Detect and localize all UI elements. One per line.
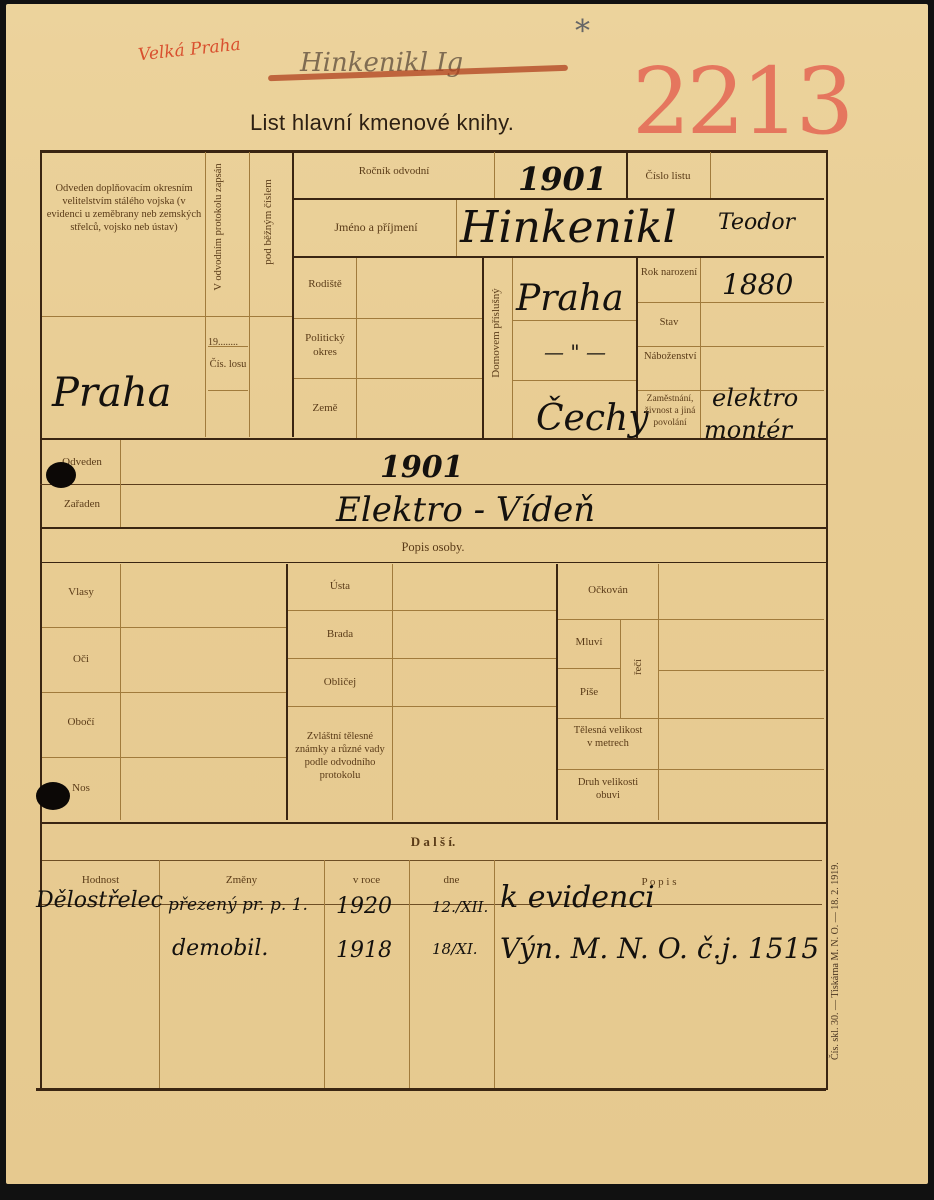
shoe-size-label: Druh velikosti obuvi (572, 776, 644, 802)
unit-value: Praha (52, 370, 172, 416)
other-section-title: D a l š í. (40, 834, 826, 850)
political-district-label: Politický okres (294, 332, 356, 360)
row1-year: 1920 (336, 894, 392, 919)
vaccinated-label: Očkován (558, 584, 658, 598)
mouth-label: Ústa (288, 580, 392, 594)
height-label: Tělesná velikost v metrech (572, 724, 644, 750)
hair-label: Vlasy (42, 586, 120, 600)
lot-number-label: Čís. losu (208, 358, 248, 371)
land-label: Země (294, 402, 356, 416)
special-marks-label: Zvláštní tělesné známky a různé vady pod… (290, 730, 390, 783)
face-label: Obličej (288, 676, 392, 690)
ink-blot (46, 462, 76, 488)
asterisk-mark: * (575, 14, 590, 49)
occupation-value-line1: elektro (712, 384, 798, 412)
col-changes: Změny (159, 874, 324, 888)
year-prefix: 19........ (208, 337, 238, 350)
row1-day: 12./XII. (432, 898, 488, 916)
enlisted-value: 1901 (380, 450, 464, 485)
domicile-district: — " — (510, 340, 640, 364)
row1-rank: Dělostřelec (36, 888, 163, 913)
col-day: dne (409, 874, 494, 888)
language-label: řečí (632, 652, 645, 682)
document-sheet (6, 4, 928, 1184)
domicile-label: Domovem příslušný (490, 258, 504, 408)
status-label: Stav (638, 316, 700, 329)
surname-value: Hinkenikl (460, 202, 677, 253)
sheet-number-label: Číslo listu (628, 170, 708, 184)
year-class-label: Ročník odvodní (296, 165, 492, 179)
writes-label: Píše (558, 686, 620, 700)
row1-change: přezený pr. p. 1. (168, 895, 308, 915)
running-number-label: pod běžným číslem (262, 152, 276, 292)
col-year: v roce (324, 874, 409, 888)
domicile-land: Čechy (536, 398, 649, 439)
birth-year-label: Rok narození (638, 266, 700, 279)
name-label: Jméno a příjmení (298, 220, 454, 235)
col-rank: Hodnost (42, 874, 159, 888)
firstname-value: Teodor (718, 210, 795, 235)
year-class-value: 1901 (518, 160, 607, 198)
row2-change: demobil. (172, 936, 268, 961)
document-title: List hlavní kmenové knihy. (250, 110, 514, 136)
speaks-label: Mluví (558, 636, 620, 650)
eyes-label: Oči (42, 653, 120, 667)
birthplace-label: Rodiště (294, 278, 356, 292)
row2-day: 18/XI. (432, 940, 478, 958)
birth-year-value: 1880 (722, 268, 793, 301)
printer-note: Čís. skl. 30. — Tiskárna M. N. O. — 18. … (830, 740, 843, 1060)
unit-label: Odveden doplňovacím okresním velitelství… (46, 182, 202, 235)
row1-description: k evidenci (500, 880, 655, 915)
assigned-label: Zařaden (46, 498, 118, 512)
chin-label: Brada (288, 628, 392, 642)
protocol-label: V odvodním protokolu zapsán (212, 152, 225, 302)
occupation-label: Zaměstnání, živnost a jiná povolání (640, 394, 700, 430)
ink-blot (36, 782, 70, 810)
stamp-number: 2213 (632, 48, 850, 155)
row2-description: Výn. M. N. O. č.j. 1515 (500, 932, 819, 965)
domicile-town: Praha (516, 278, 624, 319)
row2-year: 1918 (336, 938, 392, 963)
description-section-title: Popis osoby. (40, 540, 826, 556)
eyebrows-label: Obočí (42, 716, 120, 730)
religion-label: Náboženství (644, 350, 694, 363)
assigned-value: Elektro - Vídeň (336, 490, 595, 530)
